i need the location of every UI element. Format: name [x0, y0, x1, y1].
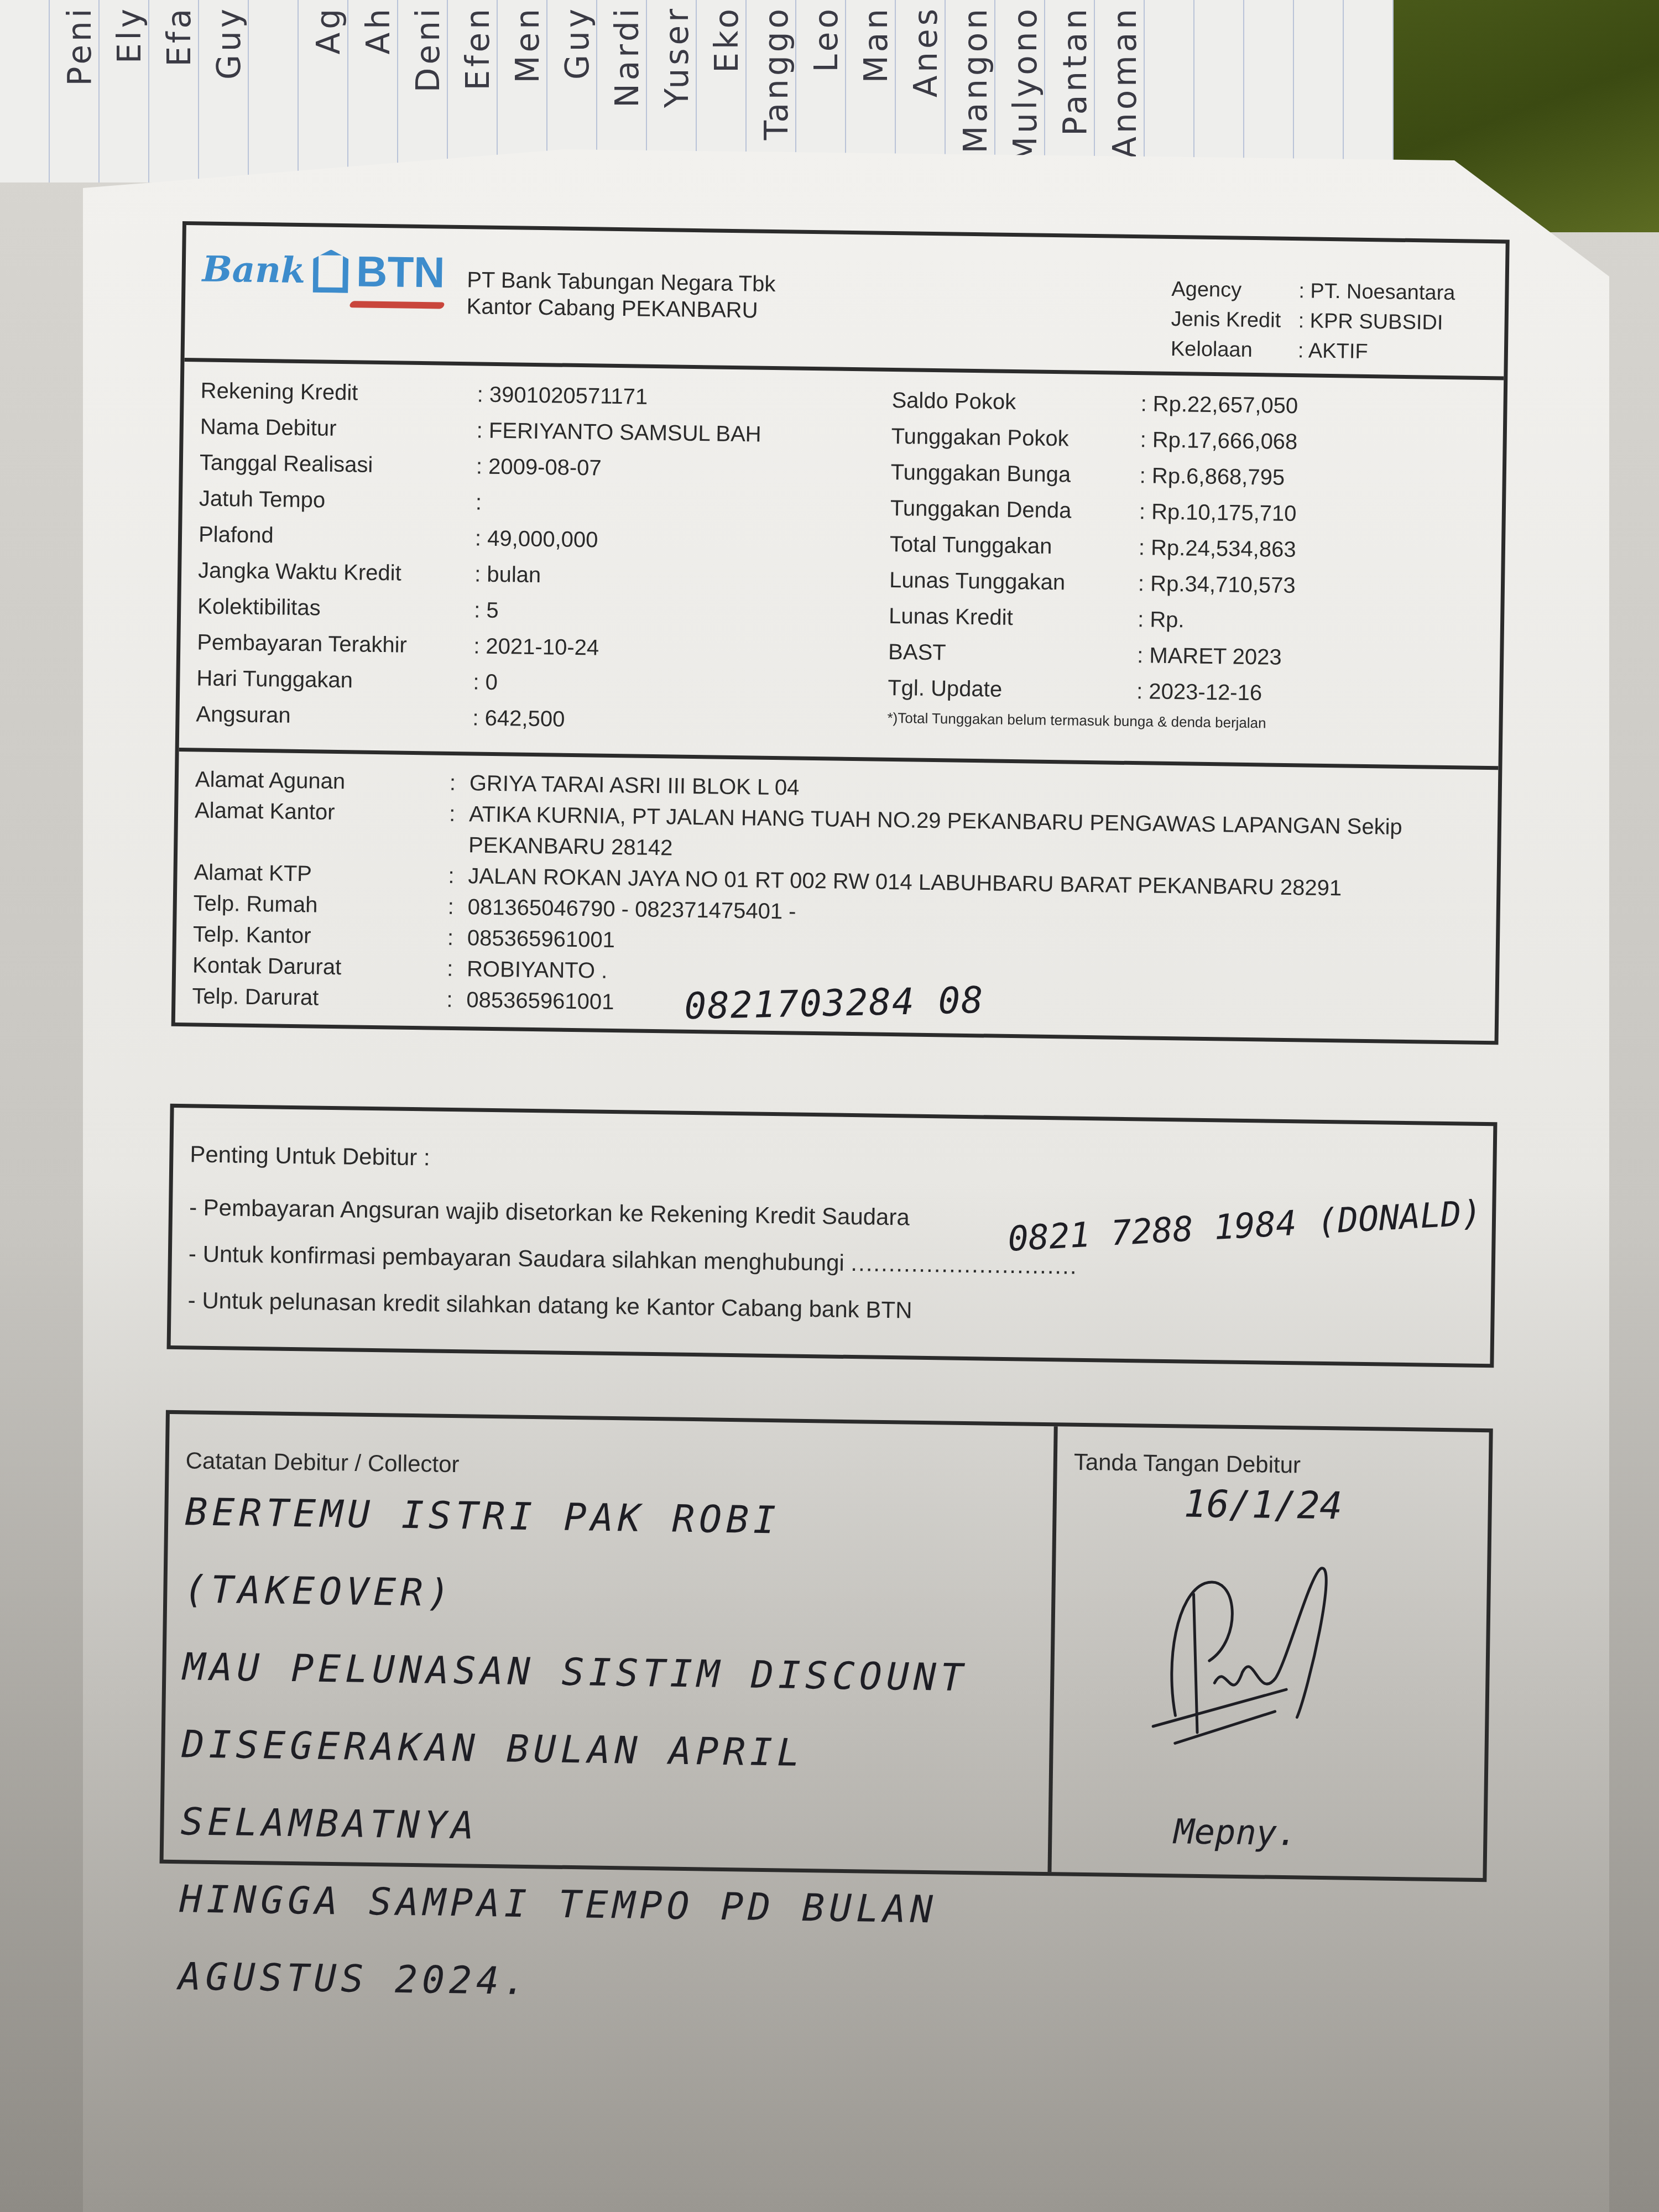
notebook-handwriting: Mulyono: [1006, 6, 1044, 164]
field-label: Rekening Kredit: [200, 373, 477, 413]
notebook-handwriting: Anes: [907, 6, 945, 97]
notebook-handwriting: Efen: [459, 6, 497, 91]
field-separator: :: [447, 953, 467, 984]
collector-notes: Catatan Debitur / Collector Bertemu istr…: [164, 1414, 1058, 1872]
signer-name: Mepny.: [1173, 1811, 1298, 1853]
signature-title: Tanda Tangan Debitur: [1073, 1449, 1472, 1481]
field-label: Kontak Darurat: [192, 950, 447, 984]
notice-item-text: - Untuk konfirmasi pembayaran Saudara si…: [189, 1240, 845, 1276]
notebook-handwriting: Guy: [559, 6, 596, 80]
field-label: Alamat Kantor: [194, 795, 450, 860]
field-separator: :: [449, 768, 469, 799]
meta-label: Jenis Kredit: [1171, 304, 1298, 336]
notebook-handwriting: Nardi: [608, 6, 646, 108]
logo-btn-text: BTN: [356, 246, 446, 298]
notebook-handwriting: Eko: [708, 6, 745, 73]
field-value: : bulan: [474, 556, 541, 593]
notebook-handwriting: Ag: [310, 6, 347, 55]
field-label: Alamat Agunan: [195, 764, 450, 798]
meta-value: : PT. Noesantara: [1298, 276, 1455, 308]
handwritten-phone: 0821703284 08: [684, 979, 985, 1027]
branch-name: Kantor Cabang PEKANBARU: [466, 293, 775, 324]
loan-details: Rekening Kredit: 3901020571171Nama Debit…: [179, 358, 1504, 766]
meta-value: : AKTIF: [1298, 336, 1368, 367]
field-label: Hari Tunggakan: [196, 660, 473, 700]
meta-value: : KPR SUBSIDI: [1298, 306, 1443, 338]
field-label: Telp. Darurat: [192, 980, 447, 1015]
meta-label: Kelolaan: [1171, 334, 1298, 366]
meta-jenis-kredit: Jenis Kredit : KPR SUBSIDI: [1171, 304, 1455, 338]
field-label: Tunggakan Denda: [890, 491, 1139, 530]
bank-btn-logo: Bank BTN: [202, 244, 445, 298]
handwritten-note-line: Disegerakan bulan April selambatnya: [180, 1706, 1034, 1872]
handwritten-note-line: Bertemu istri Pak Robi (Takeover): [183, 1474, 1036, 1640]
field-separator: :: [448, 860, 468, 891]
notebook-handwriting: Efa: [160, 6, 198, 67]
field-row: Tgl. Update: 2023-12-16: [888, 670, 1483, 714]
field-value: : 3901020571171: [477, 377, 648, 415]
notice-title: Penting Untuk Debitur :: [190, 1141, 1476, 1185]
notebook-handwriting: Ely: [111, 6, 148, 64]
org-name: PT Bank Tabungan Negara Tbk: [467, 267, 776, 298]
notebook-handwriting: Deni: [409, 6, 447, 92]
field-separator: :: [447, 891, 468, 922]
field-label: Telp. Kantor: [193, 919, 448, 953]
field-label: Alamat KTP: [194, 857, 448, 891]
notes-signature-box: Catatan Debitur / Collector Bertemu istr…: [160, 1410, 1493, 1882]
signature-date: 16/1/24: [1183, 1483, 1472, 1530]
field-label: Jangka Waktu Kredit: [198, 552, 475, 592]
house-icon: [313, 249, 349, 293]
field-value: : FERIYANTO SAMSUL BAH: [476, 413, 761, 452]
collection-document: Bank BTN PT Bank Tabungan Negara Tbk Kan…: [160, 221, 1510, 1882]
field-separator: :: [447, 922, 468, 953]
field-value: : 2021-10-24: [473, 628, 599, 666]
logo-bank-text: Bank: [202, 249, 305, 292]
notebook-handwriting: Pantan: [1056, 6, 1094, 136]
field-value: : Rp.6,868,795: [1139, 458, 1285, 496]
handwritten-note-line: Agustus 2024.: [178, 1938, 1030, 2027]
field-label: BAST: [888, 634, 1138, 674]
notebook-handwriting: Men: [509, 6, 546, 84]
field-label: Tunggakan Bunga: [890, 455, 1140, 494]
field-value: : Rp.10,175,710: [1139, 494, 1297, 532]
loan-details-right: Saldo Pokok: Rp.22,657,050Tunggakan Poko…: [887, 383, 1487, 750]
document-header: Bank BTN PT Bank Tabungan Negara Tbk Kan…: [185, 225, 1506, 376]
address-contact-section: 0821703284 08 Alamat Agunan:GRIYA TARAI …: [175, 748, 1499, 1041]
field-label: Jatuh Tempo: [199, 481, 476, 520]
meta-label: Agency: [1171, 274, 1299, 306]
notebook-handwriting: Anoman: [1106, 6, 1144, 159]
notebook-handwriting: Yuser: [658, 6, 696, 108]
field-value: : MARET 2023: [1137, 638, 1282, 676]
field-label: Total Tunggakan: [890, 526, 1139, 566]
field-label: Kolektibilitas: [197, 588, 474, 628]
field-value: : 49,000,000: [475, 520, 598, 558]
field-label: Nama Debitur: [200, 409, 477, 448]
meta-block: Agency : PT. Noesantara Jenis Kredit : K…: [1171, 274, 1455, 368]
field-value: : Rp.34,710,573: [1138, 566, 1296, 604]
notebook-handwriting: Leo: [807, 6, 845, 72]
field-label: Lunas Kredit: [889, 598, 1138, 638]
handwritten-note-line: hingga sampai tempo pd bulan: [179, 1861, 1031, 1950]
field-value: : 0: [473, 664, 498, 701]
notebook-handwriting: Mangon: [957, 6, 994, 153]
loan-details-left: Rekening Kredit: 3901020571171Nama Debit…: [196, 373, 892, 742]
field-label: Tanggal Realisasi: [199, 445, 476, 484]
notice-box: Penting Untuk Debitur : - Pembayaran Ang…: [167, 1104, 1498, 1368]
account-info-box: Bank BTN PT Bank Tabungan Negara Tbk Kan…: [171, 221, 1510, 1045]
field-label: Pembayaran Terakhir: [197, 624, 474, 664]
field-value: : 2023-12-16: [1136, 674, 1262, 711]
notebook-handwriting: Man: [857, 6, 895, 83]
field-value: : Rp.24,534,863: [1138, 530, 1296, 568]
footnote: *)Total Tunggakan belum termasuk bunga &…: [887, 709, 1482, 735]
meta-kelolaan: Kelolaan : AKTIF: [1171, 334, 1455, 368]
field-value: : 2009-08-07: [476, 448, 602, 486]
signature-mark-icon: [1141, 1550, 1354, 1762]
field-label: Tunggakan Pokok: [891, 419, 1140, 458]
field-value: : Rp.22,657,050: [1140, 386, 1298, 424]
field-value: : 642,500: [472, 700, 565, 737]
debtor-signature: Tanda Tangan Debitur 16/1/24 Mepny.: [1051, 1426, 1489, 1878]
field-value: :: [475, 484, 482, 520]
field-label: Telp. Rumah: [193, 888, 448, 922]
field-value: : Rp.: [1138, 602, 1185, 638]
notebook-handwriting: Ah: [359, 6, 397, 54]
field-separator: :: [448, 799, 469, 860]
field-label: Saldo Pokok: [891, 383, 1141, 422]
notebook-handwriting: Tanggo: [758, 6, 795, 140]
field-label: Angsuran: [196, 696, 473, 736]
handwritten-note-line: Mau pelunasan sistim discount: [182, 1629, 1035, 1718]
field-value: : 5: [474, 592, 499, 629]
field-value: : Rp.17,666,068: [1140, 422, 1298, 460]
notebook-handwriting: Peni: [61, 6, 98, 86]
meta-agency: Agency : PT. Noesantara: [1171, 274, 1455, 308]
field-separator: :: [446, 984, 467, 1015]
notebook-handwriting: Guy: [210, 6, 248, 80]
org-block: PT Bank Tabungan Negara Tbk Kantor Caban…: [466, 267, 775, 324]
field-label: Tgl. Update: [888, 670, 1137, 709]
field-label: Lunas Tunggakan: [889, 562, 1139, 602]
field-label: Plafond: [199, 517, 476, 556]
